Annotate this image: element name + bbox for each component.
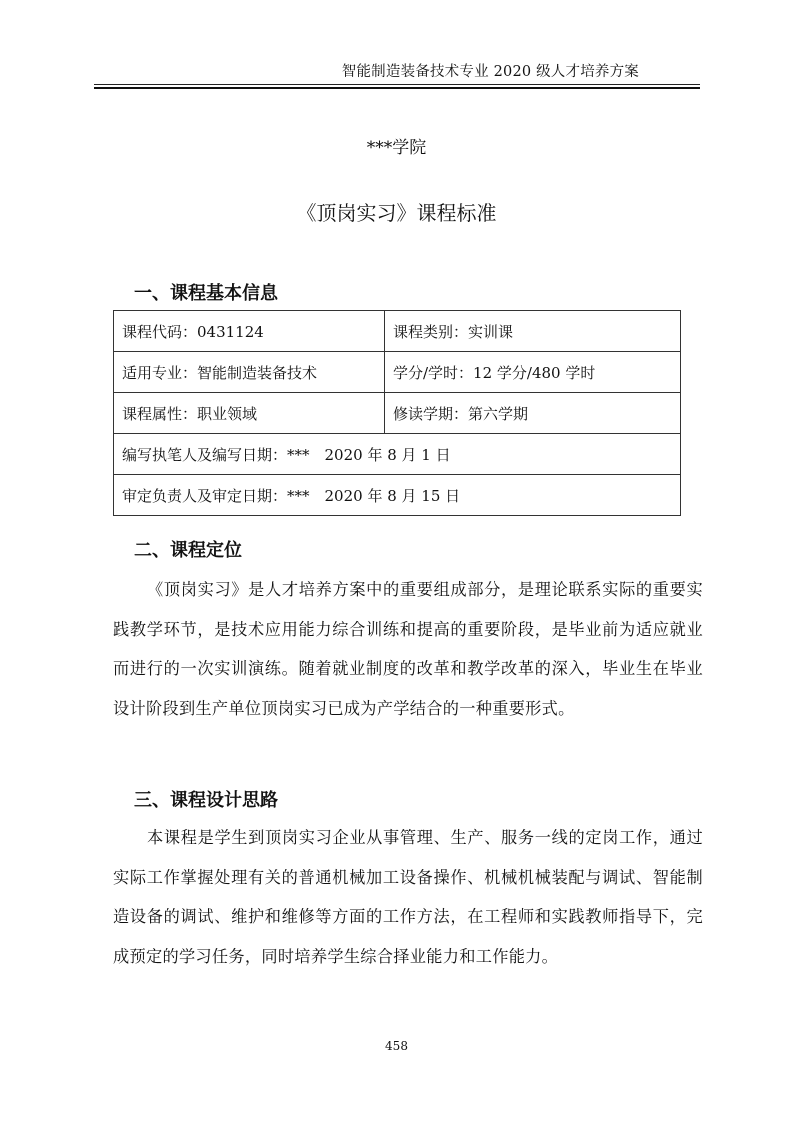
page-number: 458 (0, 1039, 793, 1053)
running-header: 智能制造装备技术专业 2020 级人才培养方案 (94, 60, 699, 81)
table-cell-course-type: 课程类别：实训课 (385, 311, 681, 352)
paragraph-design-approach: 本课程是学生到顶岗实习企业从事管理、生产、服务一线的定岗工作，通过实际工作掌握处… (113, 818, 703, 976)
table-row: 适用专业：智能制造装备技术 学分/学时：12 学分/480 学时 (114, 352, 681, 393)
table-row: 编写执笔人及编写日期：*** 2020 年 8 月 1 日 (114, 434, 681, 475)
table-cell-credits-hours: 学分/学时：12 学分/480 学时 (385, 352, 681, 393)
table-cell-semester: 修读学期：第六学期 (385, 393, 681, 434)
section-heading-positioning: 二、课程定位 (134, 536, 242, 562)
section-heading-basic-info: 一、课程基本信息 (134, 279, 278, 305)
document-title: 《顶岗实习》课程标准 (0, 197, 793, 226)
paragraph-positioning: 《顶岗实习》是人才培养方案中的重要组成部分，是理论联系实际的重要实践教学环节，是… (113, 570, 703, 728)
section-heading-design-approach: 三、课程设计思路 (134, 786, 278, 812)
table-row: 课程代码：0431124 课程类别：实训课 (114, 311, 681, 352)
table-row: 审定负责人及审定日期：*** 2020 年 8 月 15 日 (114, 475, 681, 516)
table-row: 课程属性：职业领域 修读学期：第六学期 (114, 393, 681, 434)
table-cell-course-attribute: 课程属性：职业领域 (114, 393, 385, 434)
course-info-table: 课程代码：0431124 课程类别：实训课 适用专业：智能制造装备技术 学分/学… (113, 310, 681, 516)
table-cell-major: 适用专业：智能制造装备技术 (114, 352, 385, 393)
header-rule (94, 84, 700, 89)
table-cell-course-code: 课程代码：0431124 (114, 311, 385, 352)
table-cell-author-date: 编写执笔人及编写日期：*** 2020 年 8 月 1 日 (114, 434, 681, 475)
school-name: ***学院 (0, 133, 793, 158)
table-cell-reviewer-date: 审定负责人及审定日期：*** 2020 年 8 月 15 日 (114, 475, 681, 516)
